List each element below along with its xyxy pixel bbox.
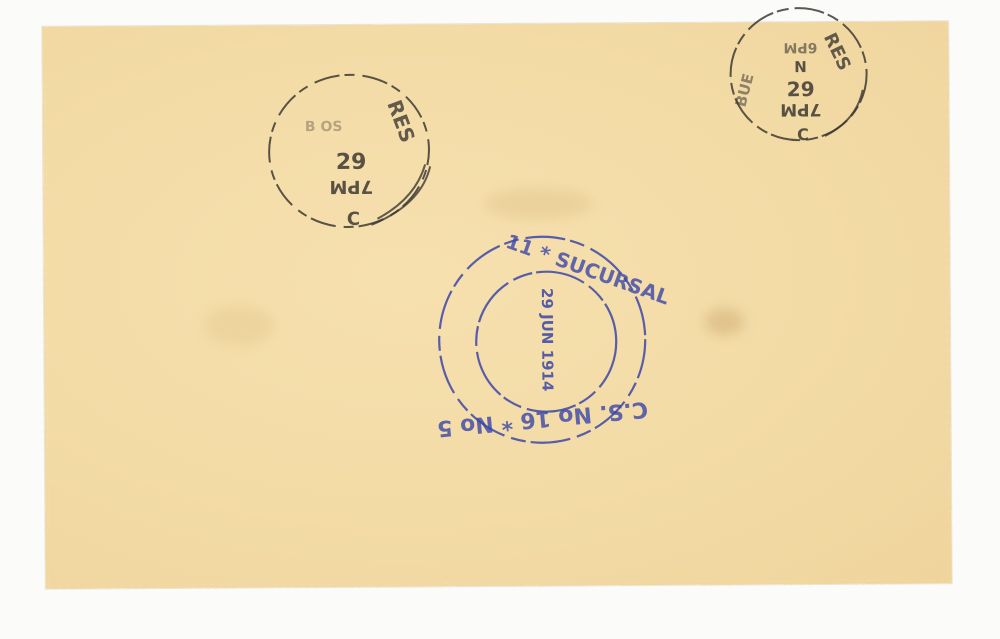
svg-text:7PM: 7PM bbox=[780, 99, 821, 119]
svg-text:C.S. No 16 * No 5: C.S. No 16 * No 5 bbox=[436, 396, 649, 441]
stain bbox=[204, 305, 274, 345]
stain bbox=[704, 307, 744, 335]
svg-text:29 JUN 1914: 29 JUN 1914 bbox=[538, 288, 557, 391]
svg-text:29: 29 bbox=[336, 150, 367, 175]
svg-text:N: N bbox=[794, 58, 807, 76]
sucursal-postmark: 29 JUN 1914 11 * SUCURSAL C.S. No 16 * N… bbox=[434, 229, 655, 454]
stain bbox=[483, 188, 593, 219]
buenos-aires-postmark-left: 29 7PM C RES B OS bbox=[265, 68, 436, 233]
svg-text:C: C bbox=[797, 125, 809, 144]
perforation-right bbox=[945, 21, 954, 583]
svg-text:BUE: BUE bbox=[732, 72, 758, 109]
svg-text:11 * SUCURSAL: 11 * SUCURSAL bbox=[503, 229, 673, 309]
svg-text:B OS: B OS bbox=[305, 119, 343, 135]
svg-text:C: C bbox=[347, 209, 360, 230]
buenos-aires-postmark-right: 6PM N 29 7PM C BUE RES bbox=[726, 12, 877, 157]
perforation-bottom bbox=[46, 580, 952, 592]
perforation-left bbox=[39, 27, 48, 589]
svg-text:7PM: 7PM bbox=[329, 176, 373, 197]
svg-text:RES: RES bbox=[382, 97, 420, 146]
letter-card: 29 7PM C RES B OS 6PM bbox=[42, 21, 951, 589]
svg-text:29: 29 bbox=[787, 77, 815, 101]
svg-text:6PM: 6PM bbox=[783, 39, 817, 55]
svg-text:RES: RES bbox=[819, 30, 855, 74]
